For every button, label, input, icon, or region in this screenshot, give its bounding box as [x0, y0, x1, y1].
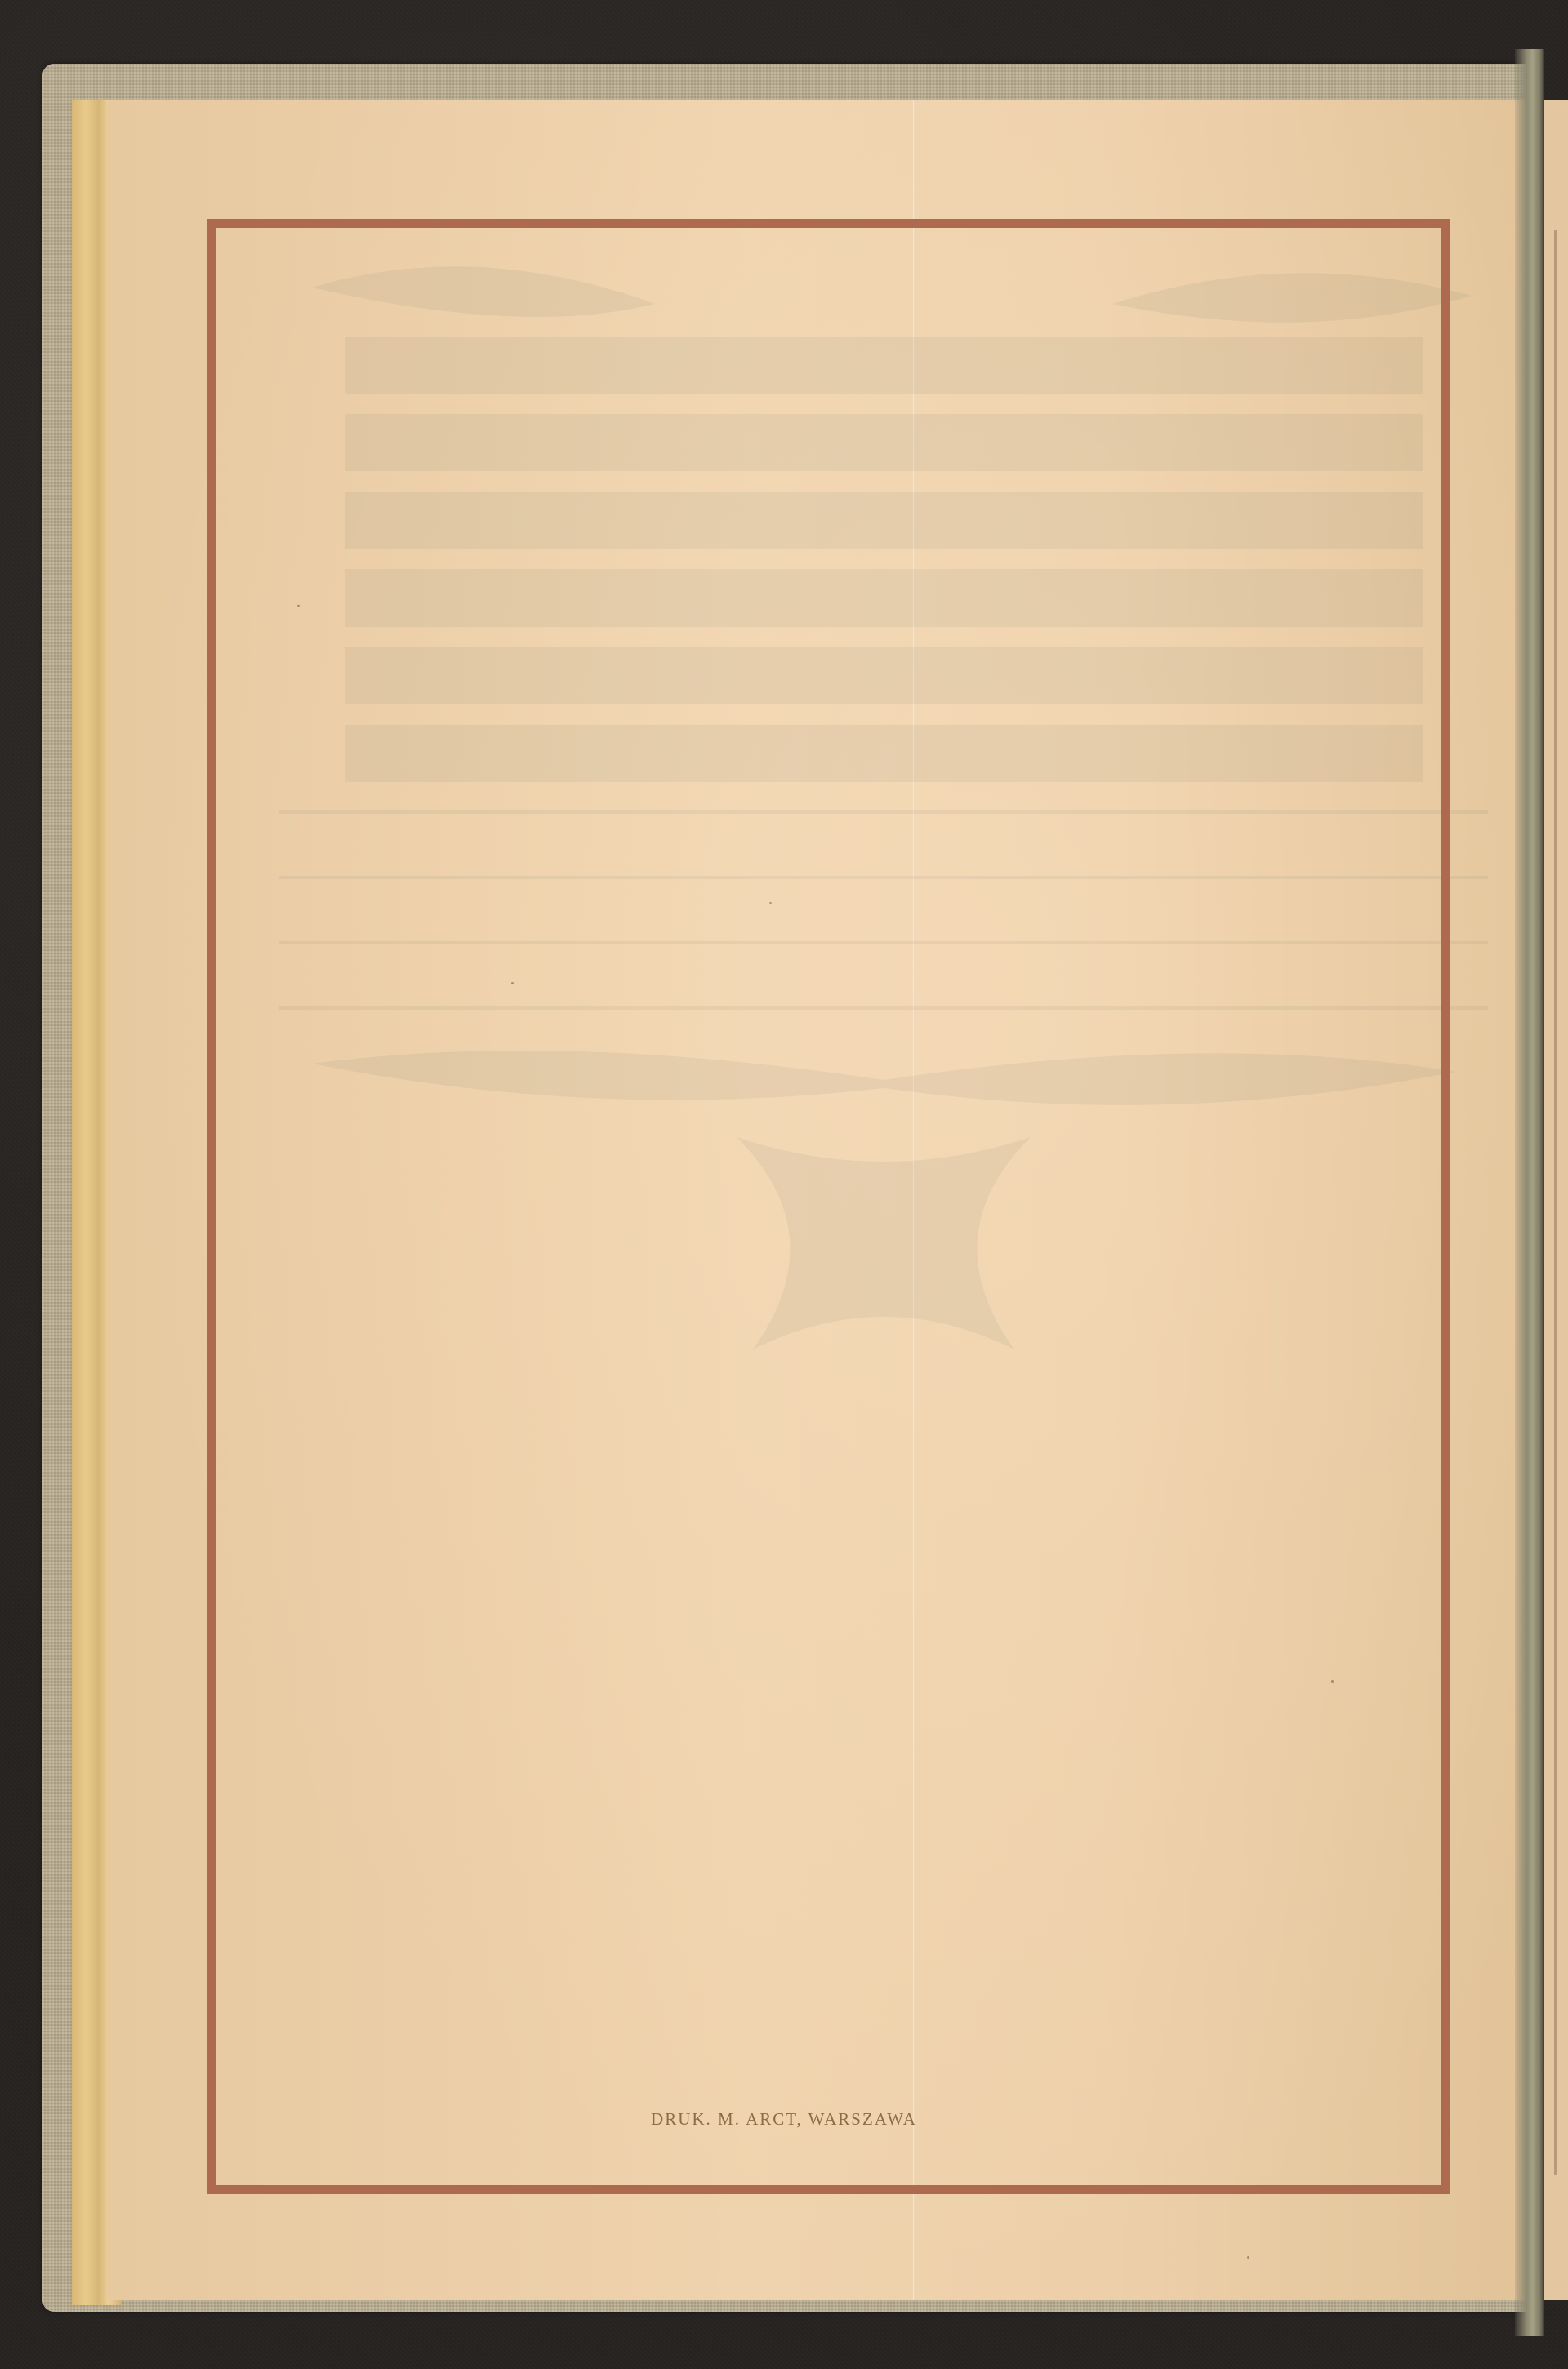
book-gutter: [1515, 49, 1544, 2336]
adjacent-page-edge: [1544, 100, 1568, 2300]
adjacent-page-border: [1554, 230, 1557, 2175]
decorative-red-frame: [207, 219, 1450, 2194]
printer-imprint: DRUK. M. ARCT, WARSZAWA: [0, 2109, 1568, 2130]
book-page: [108, 100, 1529, 2300]
